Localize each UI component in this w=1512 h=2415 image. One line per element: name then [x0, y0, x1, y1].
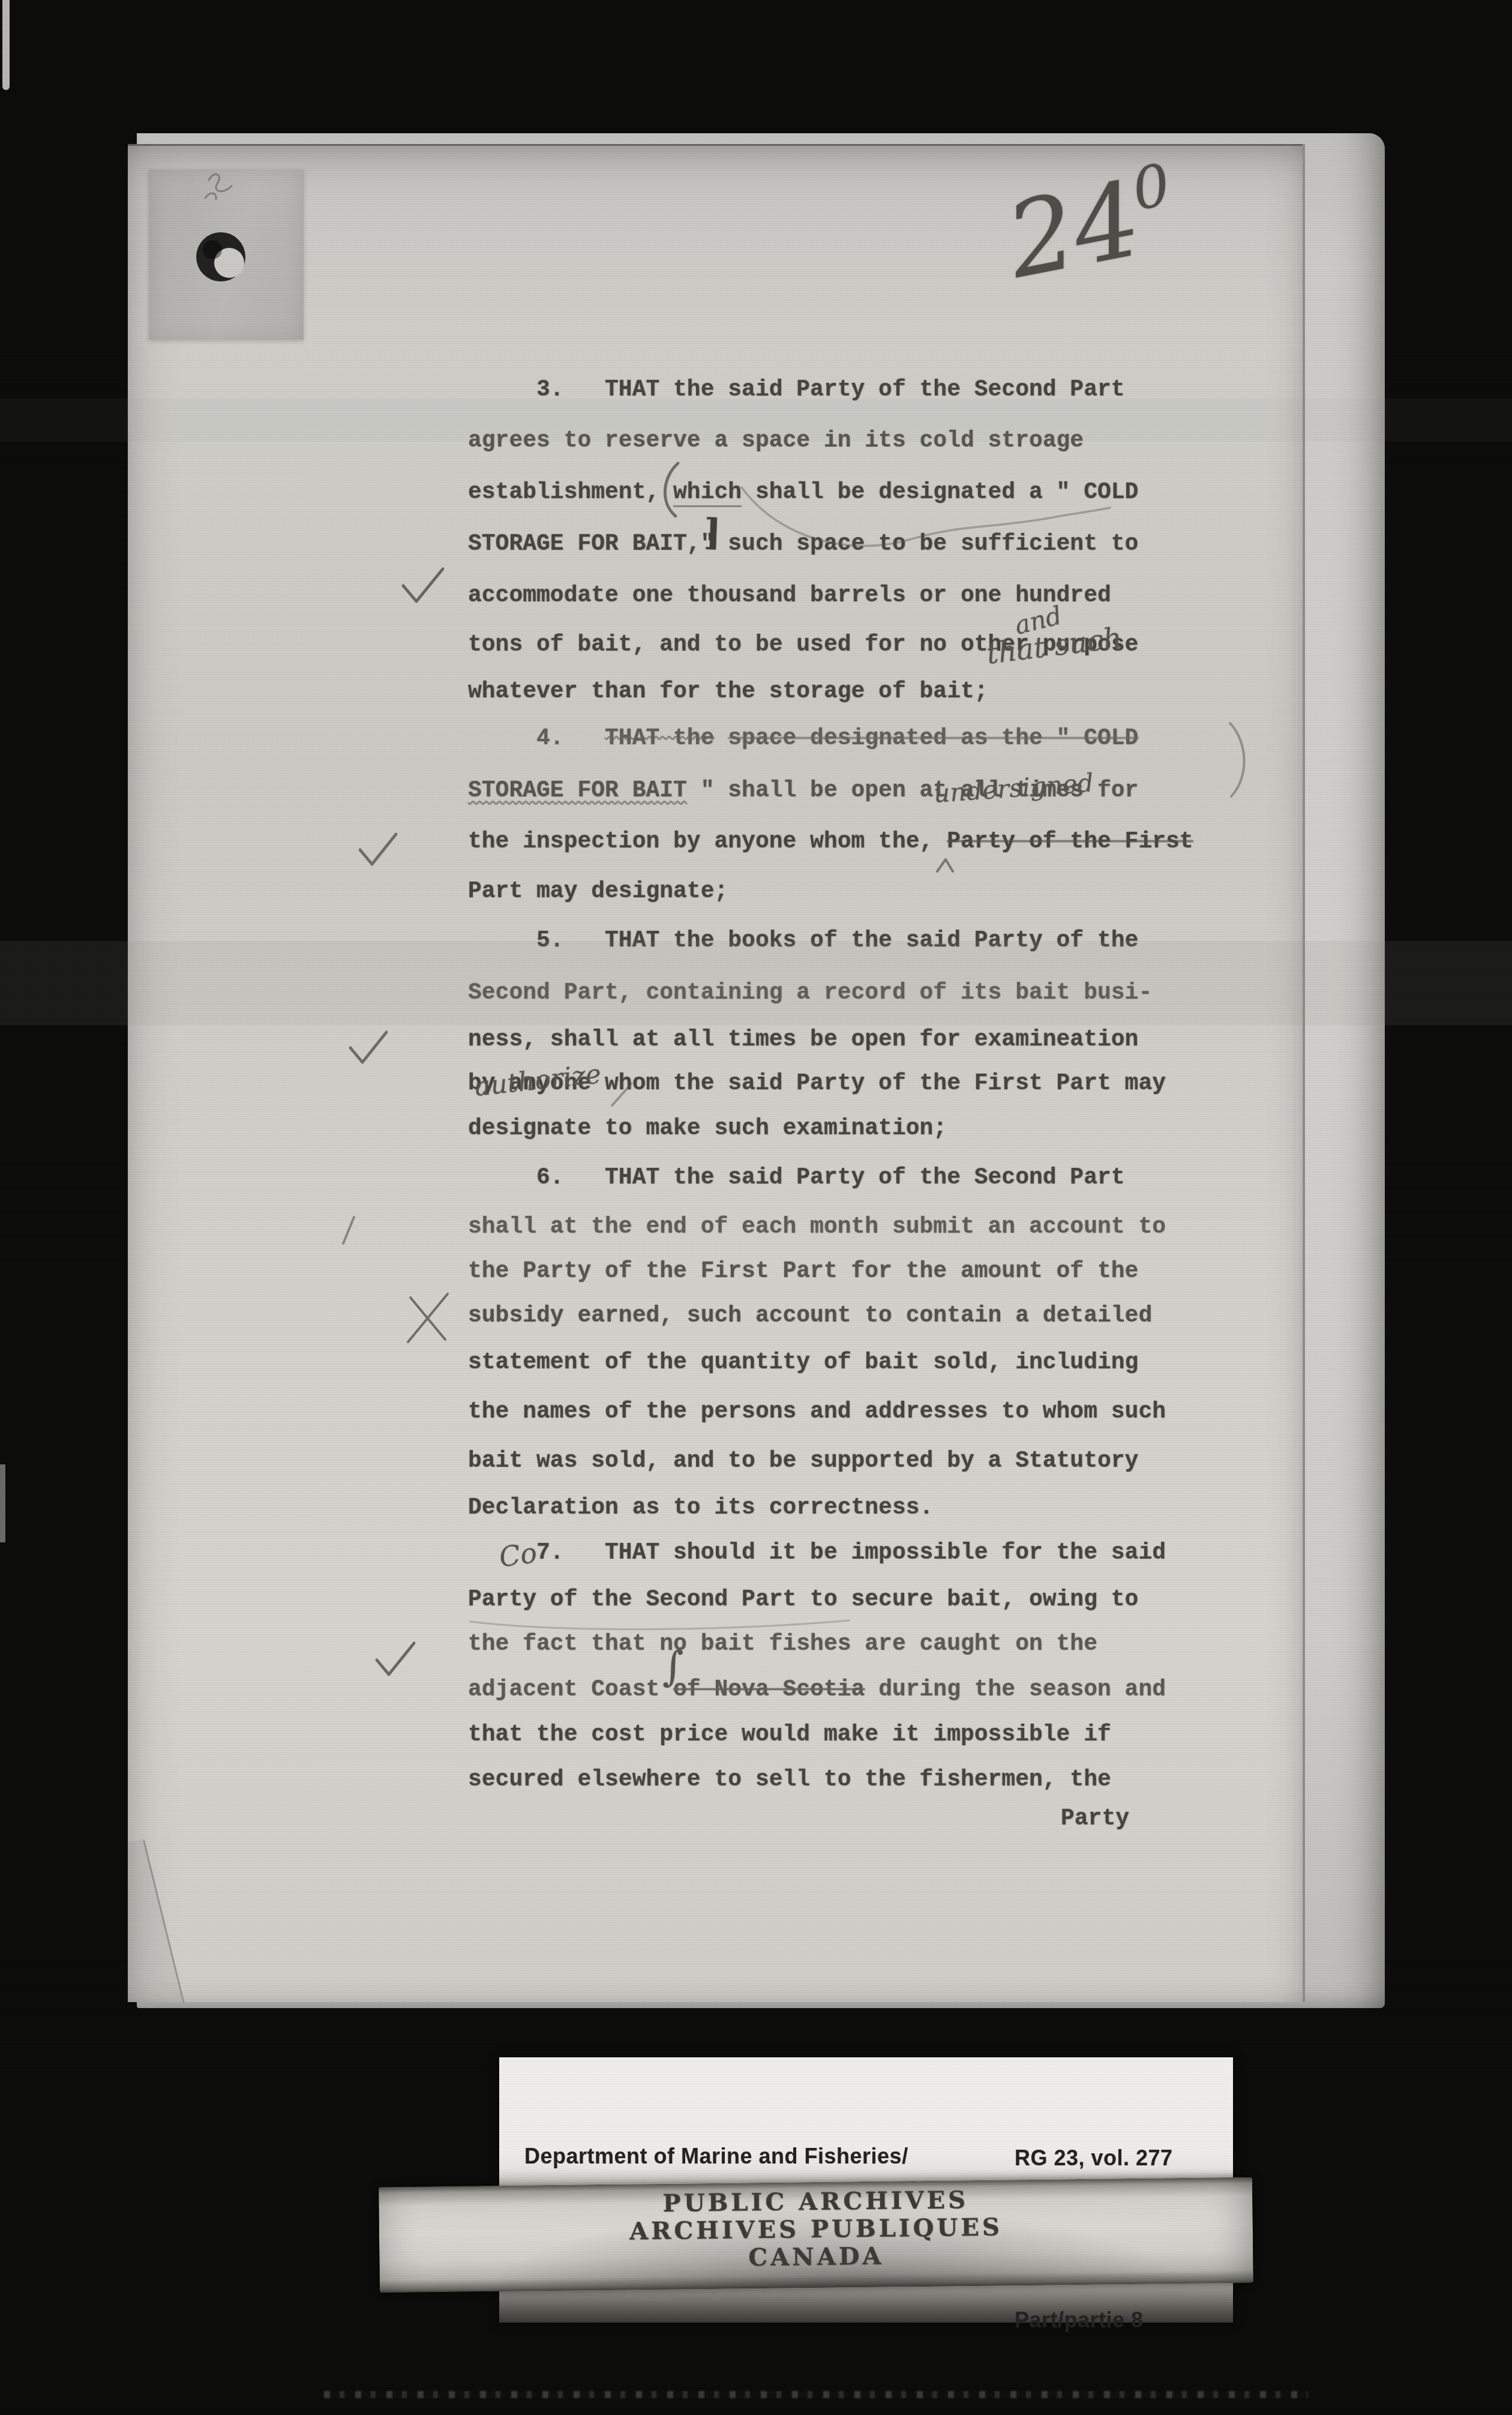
department-line-en: Department of Marine and Fisheries/ — [524, 2143, 938, 2170]
public-archives-stamp: PUBLIC ARCHIVES ARCHIVES PUBLIQUES CANAD… — [379, 2177, 1253, 2293]
reference-rg: RG 23, vol. 277 — [1015, 2144, 1196, 2171]
stamp-text: PUBLIC ARCHIVES ARCHIVES PUBLIQUES CANAD… — [379, 2183, 1253, 2276]
handwritten-annotation: authorize — [473, 1059, 603, 1102]
handwritten-annotation: ∫ — [662, 1643, 683, 1691]
scanned-archival-document: { "page_marks": { "folio": { "main": "24… — [0, 0, 1512, 2415]
handwritten-annotation: that such — [985, 621, 1124, 671]
handwritten-annotation: Co — [497, 1536, 539, 1574]
scan-speckle-line — [324, 2391, 1308, 2398]
reference-part: Part/partie 8 — [1015, 2306, 1196, 2333]
handwriting-layer: andthat suchundersignedauthorizeCo∫] — [0, 0, 1512, 2415]
handwritten-annotation: ] — [703, 511, 722, 554]
handwritten-annotation: undersigned — [933, 768, 1094, 808]
